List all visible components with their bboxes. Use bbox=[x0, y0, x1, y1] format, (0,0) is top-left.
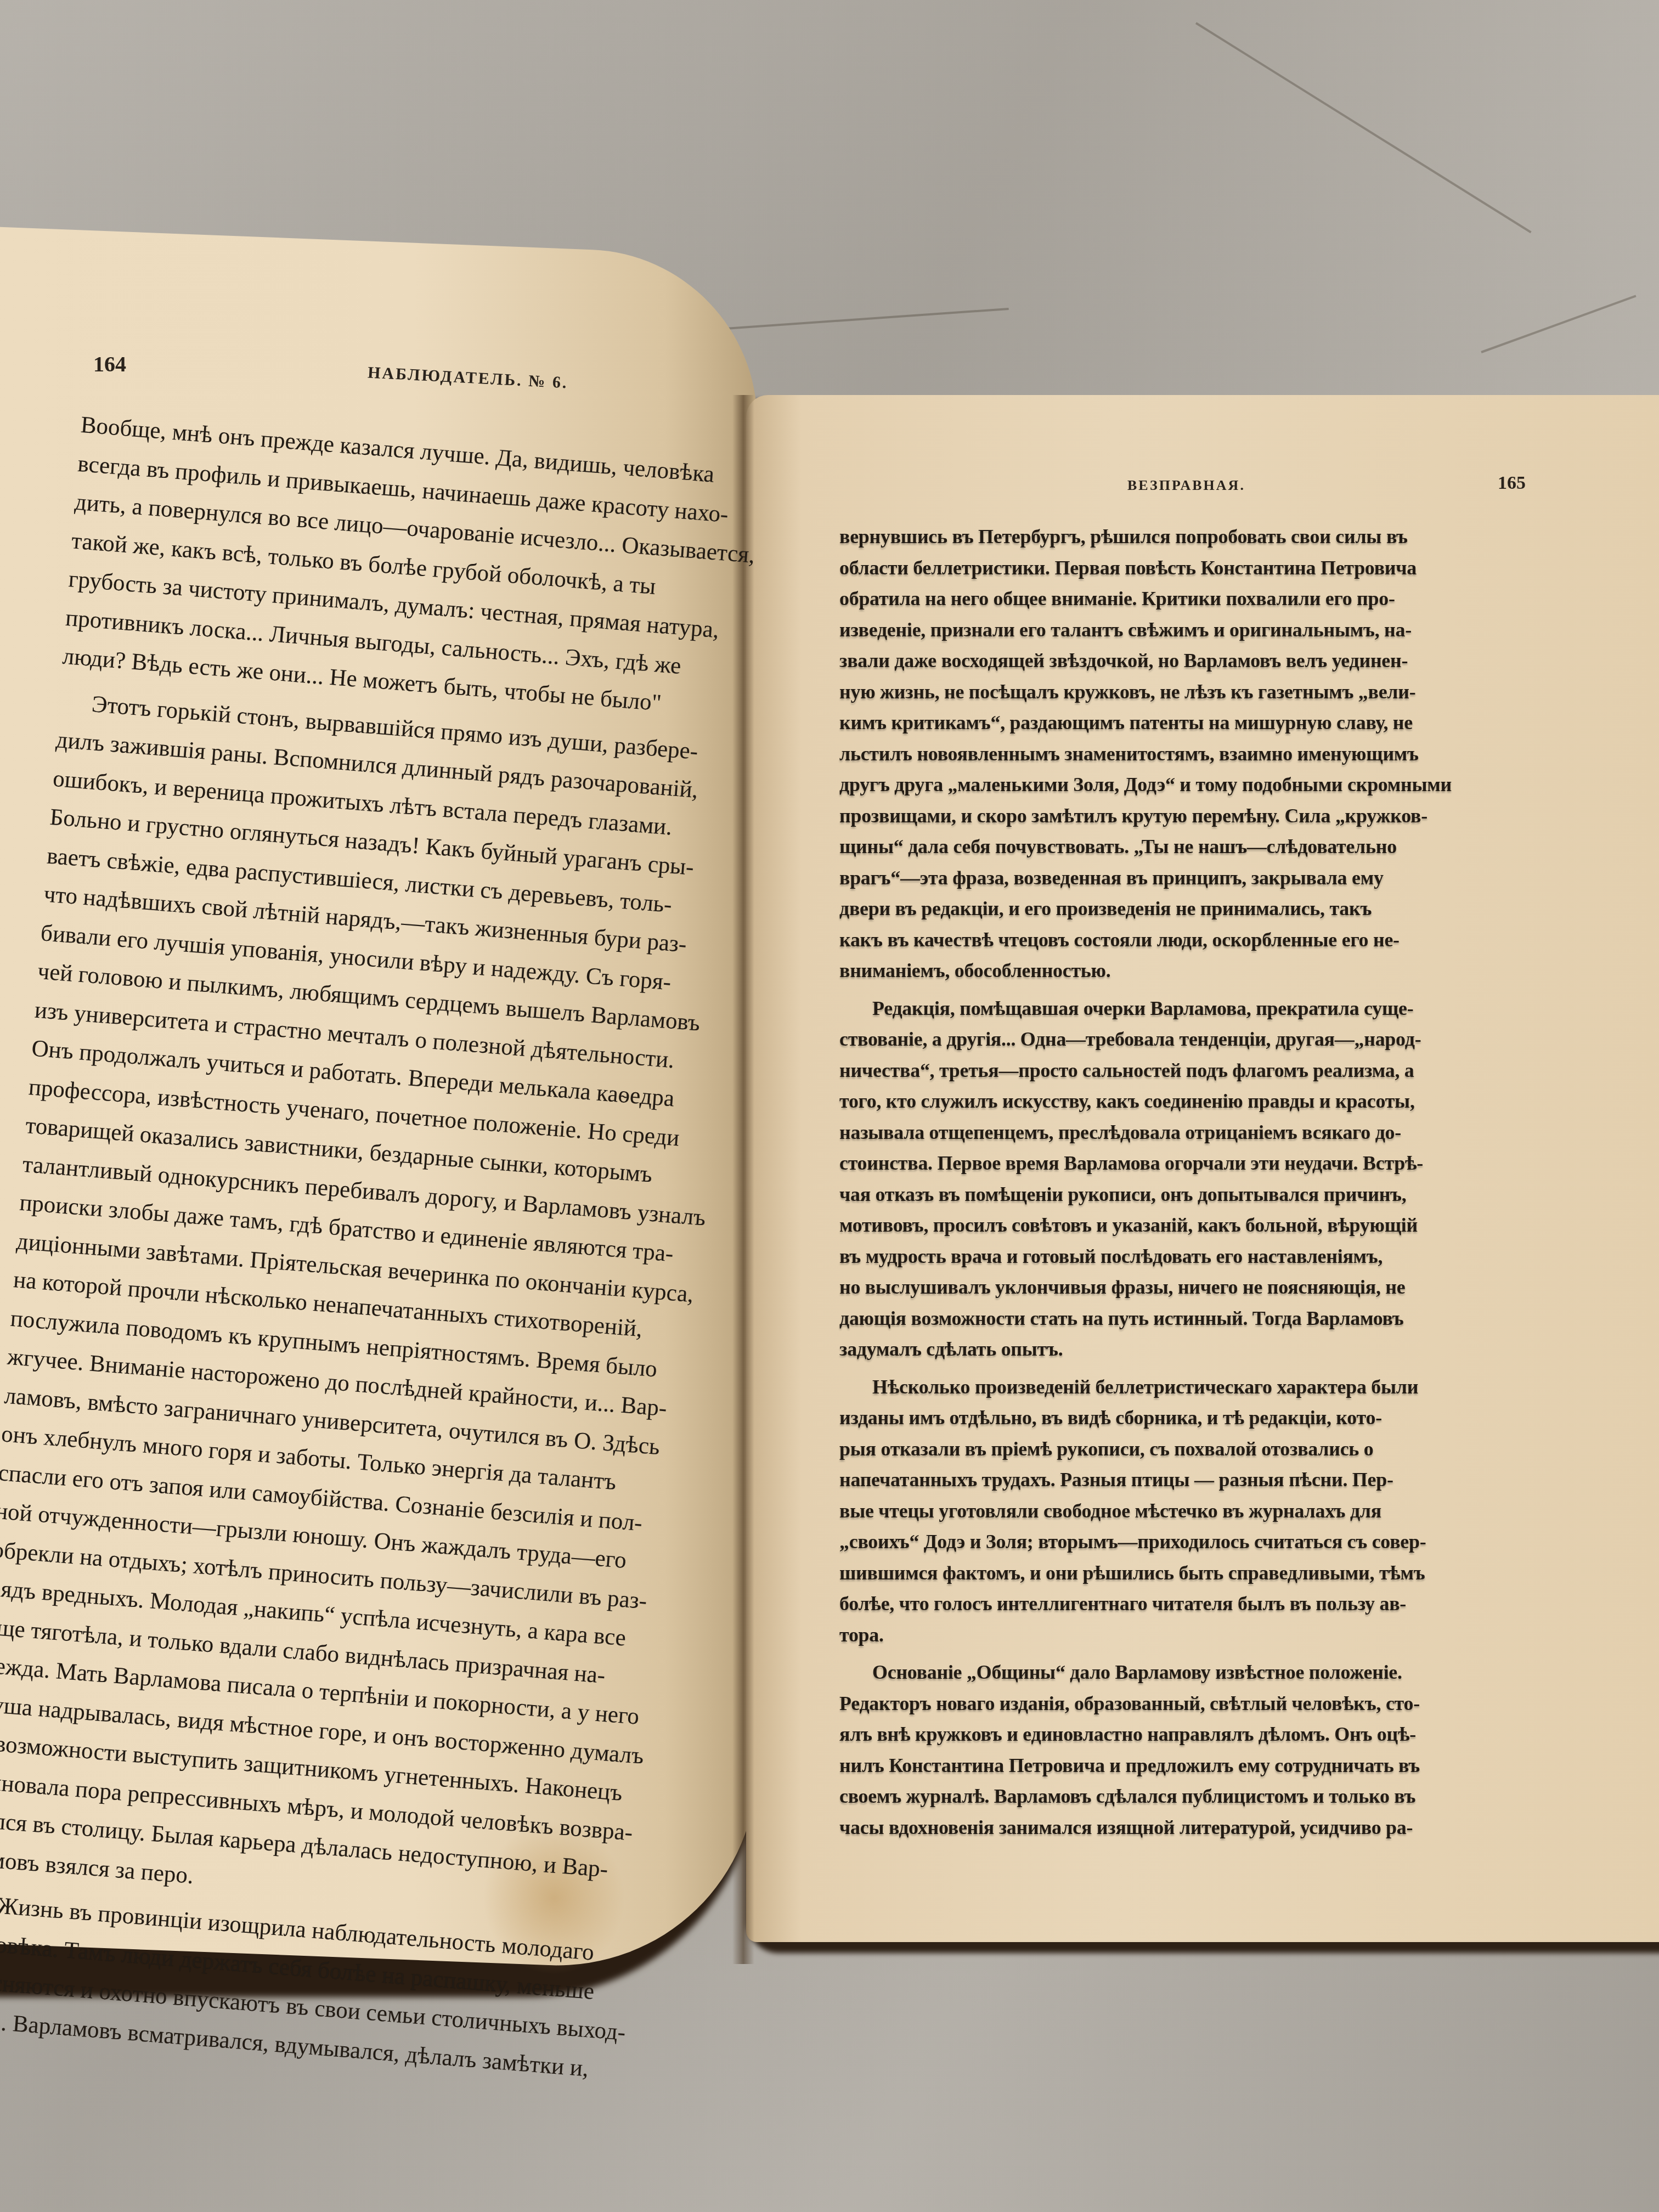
text-line: въ мудрость врача и готовый послѣдовать … bbox=[839, 1241, 1591, 1272]
text-line: другъ друга „маленькими Золя, Додэ“ и то… bbox=[839, 769, 1591, 800]
text-line: „своихъ“ Додэ и Золя; вторымъ—приходилос… bbox=[839, 1526, 1591, 1558]
right-running-header: ВЕЗПРАВНАЯ. bbox=[1127, 477, 1245, 494]
right-page-body: вернувшись въ Петербургъ, рѣшился попроб… bbox=[839, 521, 1591, 1843]
text-line: вниманіемъ, обособленностью. bbox=[839, 955, 1591, 986]
text-line: своемъ журналѣ. Варламовъ сдѣлался публи… bbox=[839, 1781, 1591, 1812]
text-line: Основаніе „Общины“ дало Варламову извѣст… bbox=[839, 1657, 1591, 1688]
text-line: льстилъ новоявленнымъ знаменитостямъ, вз… bbox=[839, 738, 1591, 770]
text-line: рыя отказали въ пріемѣ рукописи, съ похв… bbox=[839, 1434, 1591, 1465]
text-line: двери въ редакціи, и его произведенія не… bbox=[839, 893, 1591, 924]
text-line: кимъ критикамъ“, раздающимъ патенты на м… bbox=[839, 707, 1591, 738]
text-line: области беллетристики. Первая повѣсть Ко… bbox=[839, 552, 1591, 584]
text-line: задумалъ сдѣлать опытъ. bbox=[839, 1334, 1591, 1365]
text-line: но выслушивалъ уклончивыя фразы, ничего … bbox=[839, 1272, 1591, 1303]
text-line: шившимся фактомъ, и они рѣшились быть сп… bbox=[839, 1558, 1591, 1589]
text-line: прозвищами, и скоро замѣтилъ крутую пере… bbox=[839, 800, 1591, 832]
text-line: изведеніе, признали его талантъ свѣжимъ … bbox=[839, 614, 1591, 646]
text-line: болѣе, что голосъ интеллигентнаго читате… bbox=[839, 1588, 1591, 1620]
left-page-number: 164 bbox=[93, 351, 126, 377]
text-line: называла отщепенцемъ, преслѣдовала отриц… bbox=[839, 1117, 1591, 1148]
text-line: ствованіе, а другія... Одна—требовала те… bbox=[839, 1024, 1591, 1055]
right-page-number: 165 bbox=[1498, 473, 1526, 494]
text-line: нилъ Константина Петровича и предложилъ … bbox=[839, 1750, 1591, 1781]
text-line: врагъ“—эта фраза, возведенная въ принцип… bbox=[839, 862, 1591, 894]
text-line: Нѣсколько произведеній беллетристическаг… bbox=[839, 1372, 1591, 1403]
text-line: Редакторъ новаго изданія, образованный, … bbox=[839, 1688, 1591, 1719]
text-line: звали даже восходящей звѣздочкой, но Вар… bbox=[839, 645, 1591, 676]
text-line: вернувшись въ Петербургъ, рѣшился попроб… bbox=[839, 521, 1591, 552]
text-line: стоинства. Первое время Варламова огорча… bbox=[839, 1148, 1591, 1179]
text-line: ную жизнь, не посѣщалъ кружковъ, не лѣзъ… bbox=[839, 676, 1591, 708]
text-line: ничества“, третья—просто сальностей подъ… bbox=[839, 1055, 1591, 1086]
surface-crack bbox=[1481, 295, 1636, 353]
text-line: часы вдохновенія занимался изящной литер… bbox=[839, 1812, 1591, 1843]
text-line: щины“ дала себя почувствовать. „Ты не на… bbox=[839, 831, 1591, 862]
text-line: изданы имъ отдѣльно, въ видѣ сборника, и… bbox=[839, 1402, 1591, 1434]
text-line: вые чтецы уготовляли свободное мѣстечко … bbox=[839, 1496, 1591, 1527]
text-line: того, кто служилъ искусству, какъ соедин… bbox=[839, 1086, 1591, 1117]
left-page-body: Вообще, мнѣ онъ прежде казался лучше. Да… bbox=[0, 406, 788, 2094]
text-line: Редакція, помѣщавшая очерки Варламова, п… bbox=[839, 993, 1591, 1024]
text-line: чая отказъ въ помѣщеніи рукописи, онъ до… bbox=[839, 1179, 1591, 1210]
text-line: напечатанныхъ трудахъ. Разныя птицы — ра… bbox=[839, 1464, 1591, 1496]
text-line: какъ въ качествѣ чтецовъ состояли люди, … bbox=[839, 924, 1591, 956]
surface-crack bbox=[1195, 22, 1532, 233]
surface-crack bbox=[702, 308, 1009, 331]
text-line: дающія возможности стать на путь истинны… bbox=[839, 1303, 1591, 1334]
text-line: обратила на него общее вниманіе. Критики… bbox=[839, 583, 1591, 614]
text-line: мотивовъ, просилъ совѣтовъ и указаній, к… bbox=[839, 1210, 1591, 1241]
text-line: ялъ внѣ кружковъ и единовластно направля… bbox=[839, 1719, 1591, 1750]
text-line: тора. bbox=[839, 1620, 1591, 1651]
